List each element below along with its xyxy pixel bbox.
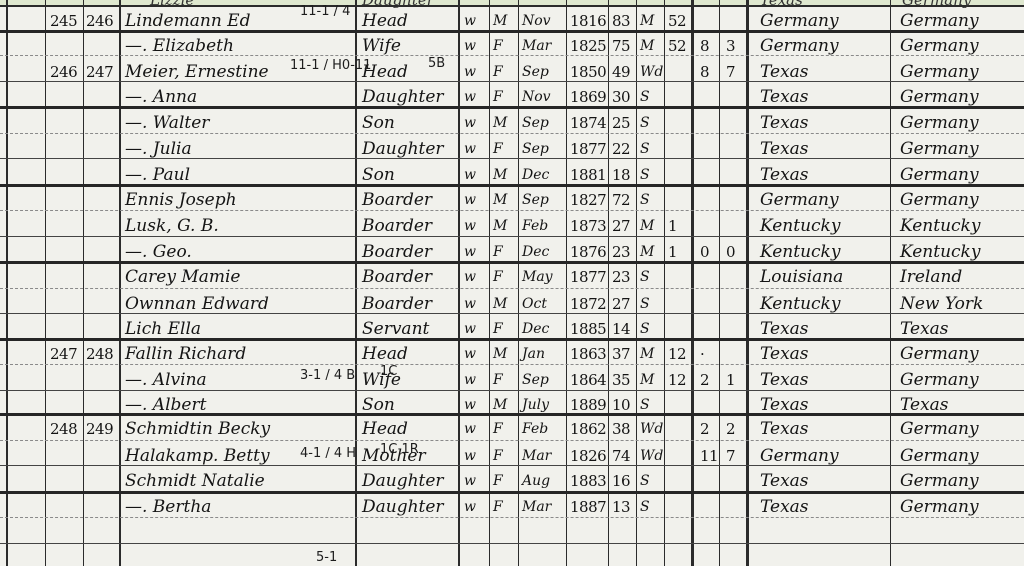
sex: F <box>493 314 503 340</box>
color: w <box>464 314 476 340</box>
father-birthplace: Germany <box>900 6 979 32</box>
marital-status: Wd <box>640 441 663 467</box>
sex: F <box>493 365 503 391</box>
years-married: 52 <box>668 31 686 57</box>
marital-status: S <box>640 134 650 160</box>
birth-year: 1883 <box>570 466 606 492</box>
birth-month: Feb <box>522 211 548 237</box>
birth-year: 1863 <box>570 339 606 365</box>
sex: M <box>493 211 507 237</box>
father-birthplace: Germany <box>900 414 979 440</box>
color: w <box>464 441 476 467</box>
birthplace: Texas <box>760 108 809 134</box>
person-name: —. Alvina <box>125 365 207 391</box>
birth-month: May <box>522 262 553 288</box>
birth-year: 1826 <box>570 441 606 467</box>
person-name: Schmidt Natalie <box>125 466 265 492</box>
relation: Son <box>362 390 395 416</box>
age: 83 <box>612 6 630 32</box>
table-row: —. JuliaDaughterwFSep187722STexasGermany <box>0 134 1024 160</box>
color: w <box>464 365 476 391</box>
birthplace: Texas <box>760 365 809 391</box>
census-sheet: Lizzie Daughter Texas Germany 245246Lind… <box>0 0 1024 566</box>
marital-status: M <box>640 31 654 57</box>
birth-year: 1885 <box>570 314 606 340</box>
age: 23 <box>612 262 630 288</box>
birth-year: 1887 <box>570 492 606 518</box>
sex: F <box>493 492 503 518</box>
color: w <box>464 57 476 83</box>
row-rule <box>0 543 1024 544</box>
birth-month: Sep <box>522 134 549 160</box>
children-living: 3 <box>726 31 735 57</box>
father-birthplace: Kentucky <box>900 237 980 263</box>
relation: Daughter <box>362 466 444 492</box>
birth-year: 1825 <box>570 31 606 57</box>
age: 27 <box>612 289 630 315</box>
color: w <box>464 237 476 263</box>
years-married: 1 <box>668 211 677 237</box>
person-name: Fallin Richard <box>125 339 246 365</box>
color: w <box>464 390 476 416</box>
birthplace: Germany <box>760 441 839 467</box>
table-row: 247248Fallin RichardHeadwMJan186337M12·T… <box>0 339 1024 365</box>
father-birthplace: Ireland <box>900 262 962 288</box>
person-name: —. Anna <box>125 82 197 108</box>
relation: Head <box>362 6 408 32</box>
birth-year: 1874 <box>570 108 606 134</box>
color: w <box>464 82 476 108</box>
sex: M <box>493 6 507 32</box>
age: 74 <box>612 441 630 467</box>
family-number: 247 <box>86 57 113 83</box>
sex: F <box>493 82 503 108</box>
relation: Son <box>362 160 395 186</box>
father-birthplace: Germany <box>900 57 979 83</box>
marital-status: M <box>640 339 654 365</box>
children-living: 1 <box>726 365 735 391</box>
age: 72 <box>612 185 630 211</box>
father-birthplace: Germany <box>900 466 979 492</box>
relation: Boarder <box>362 185 432 211</box>
marital-status: S <box>640 160 650 186</box>
birth-month: Aug <box>522 466 550 492</box>
father-birthplace: Germany <box>900 108 979 134</box>
marital-status: Wd <box>640 414 663 440</box>
birth-year: 1864 <box>570 365 606 391</box>
birthplace: Germany <box>760 31 839 57</box>
sex: M <box>493 185 507 211</box>
person-name: —. Geo. <box>125 237 192 263</box>
birthplace: Texas <box>760 390 809 416</box>
age: 16 <box>612 466 630 492</box>
birthplace: Texas <box>760 339 809 365</box>
table-row: 246247Meier, ErnestineHeadwFSep185049Wd8… <box>0 57 1024 83</box>
birthplace: Kentucky <box>760 211 840 237</box>
family-number: 248 <box>86 339 113 365</box>
birth-month: July <box>522 390 549 416</box>
birth-year: 1873 <box>570 211 606 237</box>
person-name: Carey Mamie <box>125 262 241 288</box>
children-born: 2 <box>700 365 709 391</box>
color: w <box>464 492 476 518</box>
birth-month: Dec <box>522 160 549 186</box>
annotation-mark: 11-1 / 4 <box>300 4 350 19</box>
sex: F <box>493 31 503 57</box>
age: 25 <box>612 108 630 134</box>
sex: F <box>493 441 503 467</box>
birthplace: Texas <box>760 134 809 160</box>
marital-status: S <box>640 108 650 134</box>
table-row: —. Geo.BoarderwFDec187623M100KentuckyKen… <box>0 237 1024 263</box>
father-birthplace: Kentucky <box>900 211 980 237</box>
years-married: 12 <box>668 365 686 391</box>
birthplace: Texas <box>760 57 809 83</box>
sex: F <box>493 237 503 263</box>
age: 37 <box>612 339 630 365</box>
father-birthplace: Germany <box>900 82 979 108</box>
birth-month: Dec <box>522 237 549 263</box>
table-row: Halakamp. BettyMotherwFMar182674Wd117Ger… <box>0 441 1024 467</box>
color: w <box>464 185 476 211</box>
table-row: —. AlvinaWifewFSep186435M1221TexasGerman… <box>0 365 1024 391</box>
birth-month: Mar <box>522 31 551 57</box>
birth-year: 1872 <box>570 289 606 315</box>
father-birthplace: Texas <box>900 390 949 416</box>
sex: F <box>493 262 503 288</box>
relation-note: 5B <box>428 56 445 71</box>
birth-month: Sep <box>522 57 549 83</box>
birth-month: Nov <box>522 82 551 108</box>
age: 38 <box>612 414 630 440</box>
children-born: 11 <box>700 441 718 467</box>
marital-status: S <box>640 390 650 416</box>
father-birthplace: New York <box>900 289 983 315</box>
age: 18 <box>612 160 630 186</box>
relation: Daughter <box>362 492 444 518</box>
relation: Servant <box>362 314 429 340</box>
age: 30 <box>612 82 630 108</box>
table-row: Schmidt NatalieDaughterwFAug188316STexas… <box>0 466 1024 492</box>
marital-status: S <box>640 492 650 518</box>
relation: Boarder <box>362 262 432 288</box>
birthplace: Louisiana <box>760 262 843 288</box>
table-row: Lusk, G. B.BoarderwMFeb187327M1KentuckyK… <box>0 211 1024 237</box>
birth-year: 1816 <box>570 6 606 32</box>
age: 22 <box>612 134 630 160</box>
birthplace: Germany <box>760 185 839 211</box>
relation-note: 1C 1R <box>380 442 419 457</box>
color: w <box>464 466 476 492</box>
person-name: Schmidtin Becky <box>125 414 270 440</box>
birth-month: Dec <box>522 314 549 340</box>
annotation-mark: 3-1 / 4 B <box>300 368 355 383</box>
birthplace: Texas <box>760 82 809 108</box>
relation-note: 1C <box>380 364 397 379</box>
father-birthplace: Germany <box>900 134 979 160</box>
table-row: Ownnan EdwardBoarderwMOct187227SKentucky… <box>0 289 1024 315</box>
table-row: Lich EllaServantwFDec188514STexasTexas <box>0 314 1024 340</box>
children-living: 2 <box>726 414 735 440</box>
family-number: 246 <box>86 6 113 32</box>
age: 75 <box>612 31 630 57</box>
sex: F <box>493 414 503 440</box>
family-number: 249 <box>86 414 113 440</box>
color: w <box>464 6 476 32</box>
sex: M <box>493 339 507 365</box>
relation: Head <box>362 339 408 365</box>
children-born: · <box>700 339 704 365</box>
marital-status: S <box>640 82 650 108</box>
person-name: Lindemann Ed <box>125 6 250 32</box>
birthplace: Texas <box>760 414 809 440</box>
sex: M <box>493 390 507 416</box>
sex: F <box>493 57 503 83</box>
age: 27 <box>612 211 630 237</box>
birth-year: 1827 <box>570 185 606 211</box>
relation: Boarder <box>362 237 432 263</box>
birth-year: 1877 <box>570 134 606 160</box>
marital-status: S <box>640 466 650 492</box>
dwelling-number: 246 <box>50 57 77 83</box>
person-name: —. Albert <box>125 390 206 416</box>
table-row: —. WalterSonwMSep187425STexasGermany <box>0 108 1024 134</box>
birth-month: Sep <box>522 185 549 211</box>
years-married: 1 <box>668 237 677 263</box>
color: w <box>464 160 476 186</box>
children-born: 8 <box>700 31 709 57</box>
father-birthplace: Germany <box>900 160 979 186</box>
birth-month: Sep <box>522 365 549 391</box>
birth-year: 1862 <box>570 414 606 440</box>
person-name: Ownnan Edward <box>125 289 269 315</box>
table-row: Carey MamieBoarderwFMay187723SLouisianaI… <box>0 262 1024 288</box>
father-birthplace: Texas <box>900 314 949 340</box>
marital-status: M <box>640 6 654 32</box>
person-name: Halakamp. Betty <box>125 441 270 467</box>
children-living: 0 <box>726 237 735 263</box>
relation: Son <box>362 108 395 134</box>
birth-year: 1869 <box>570 82 606 108</box>
table-row: 245246Lindemann EdHeadwMNov181683M52Germ… <box>0 6 1024 32</box>
table-row: —. BerthaDaughterwFMar188713STexasGerman… <box>0 492 1024 518</box>
dwelling-number: 248 <box>50 414 77 440</box>
marital-status: S <box>640 262 650 288</box>
children-born: 8 <box>700 57 709 83</box>
children-living: 7 <box>726 57 735 83</box>
father-birthplace: Germany <box>900 441 979 467</box>
birthplace: Texas <box>760 492 809 518</box>
birth-year: 1889 <box>570 390 606 416</box>
birth-month: Sep <box>522 108 549 134</box>
age: 23 <box>612 237 630 263</box>
birth-year: 1876 <box>570 237 606 263</box>
children-born: 2 <box>700 414 709 440</box>
annotation-mark: 4-1 / 4 H <box>300 446 356 461</box>
birth-month: Nov <box>522 6 551 32</box>
birth-month: Feb <box>522 414 548 440</box>
birthplace: Kentucky <box>760 237 840 263</box>
annotation-mark: 5-1 <box>316 550 337 565</box>
relation: Daughter <box>362 134 444 160</box>
father-birthplace: Germany <box>900 185 979 211</box>
marital-status: M <box>640 211 654 237</box>
relation: Wife <box>362 31 401 57</box>
marital-status: S <box>640 314 650 340</box>
birthplace: Texas <box>760 314 809 340</box>
table-row: Ennis JosephBoarderwMSep182772SGermanyGe… <box>0 185 1024 211</box>
color: w <box>464 414 476 440</box>
age: 13 <box>612 492 630 518</box>
person-name: Ennis Joseph <box>125 185 237 211</box>
person-name: —. Julia <box>125 134 192 160</box>
marital-status: Wd <box>640 57 663 83</box>
person-name: Lich Ella <box>125 314 201 340</box>
birthplace: Germany <box>760 6 839 32</box>
color: w <box>464 108 476 134</box>
marital-status: S <box>640 289 650 315</box>
color: w <box>464 211 476 237</box>
father-birthplace: Germany <box>900 492 979 518</box>
age: 14 <box>612 314 630 340</box>
table-row: 248249Schmidtin BeckyHeadwFFeb186238Wd22… <box>0 414 1024 440</box>
relation: Daughter <box>362 82 444 108</box>
father-birthplace: Germany <box>900 365 979 391</box>
table-row: —. AnnaDaughterwFNov186930STexasGermany <box>0 82 1024 108</box>
age: 10 <box>612 390 630 416</box>
marital-status: M <box>640 237 654 263</box>
sex: F <box>493 134 503 160</box>
birth-year: 1877 <box>570 262 606 288</box>
years-married: 12 <box>668 339 686 365</box>
person-name: Meier, Ernestine <box>125 57 269 83</box>
person-name: —. Paul <box>125 160 190 186</box>
color: w <box>464 134 476 160</box>
marital-status: M <box>640 365 654 391</box>
children-born: 0 <box>700 237 709 263</box>
person-name: —. Elizabeth <box>125 31 234 57</box>
sex: M <box>493 289 507 315</box>
color: w <box>464 262 476 288</box>
birthplace: Texas <box>760 160 809 186</box>
person-name: Lusk, G. B. <box>125 211 219 237</box>
birth-month: Mar <box>522 492 551 518</box>
father-birthplace: Germany <box>900 339 979 365</box>
table-row: —. ElizabethWifewFMar182575M5283GermanyG… <box>0 31 1024 57</box>
birthplace: Kentucky <box>760 289 840 315</box>
table-row: —. AlbertSonwMJuly188910STexasTexas <box>0 390 1024 416</box>
sex: M <box>493 108 507 134</box>
relation: Head <box>362 414 408 440</box>
annotation-mark: 11-1 / H0-11 <box>290 58 371 73</box>
color: w <box>464 339 476 365</box>
color: w <box>464 289 476 315</box>
dwelling-number: 247 <box>50 339 77 365</box>
age: 49 <box>612 57 630 83</box>
years-married: 52 <box>668 6 686 32</box>
birth-month: Jan <box>522 339 545 365</box>
birthplace: Texas <box>760 466 809 492</box>
birth-month: Oct <box>522 289 547 315</box>
birth-month: Mar <box>522 441 551 467</box>
sex: F <box>493 466 503 492</box>
birth-year: 1881 <box>570 160 606 186</box>
age: 35 <box>612 365 630 391</box>
person-name: —. Bertha <box>125 492 211 518</box>
color: w <box>464 31 476 57</box>
person-name: —. Walter <box>125 108 209 134</box>
father-birthplace: Germany <box>900 31 979 57</box>
sex: M <box>493 160 507 186</box>
children-living: 7 <box>726 441 735 467</box>
relation: Boarder <box>362 211 432 237</box>
marital-status: S <box>640 185 650 211</box>
dwelling-number: 245 <box>50 6 77 32</box>
birth-year: 1850 <box>570 57 606 83</box>
table-row: —. PaulSonwMDec188118STexasGermany <box>0 160 1024 186</box>
relation: Boarder <box>362 289 432 315</box>
